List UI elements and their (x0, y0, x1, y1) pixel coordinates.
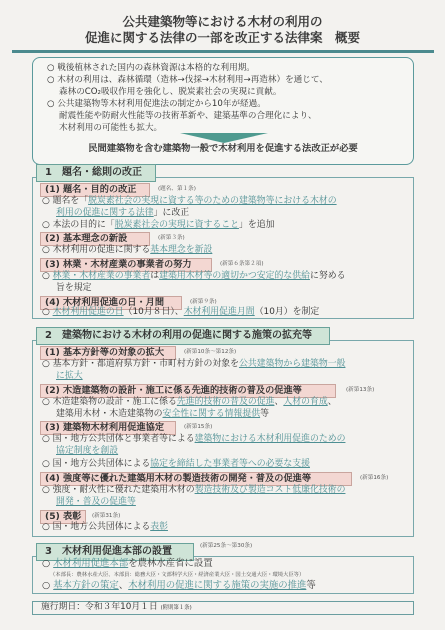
intro-line: 耐震性能や防耐火性能等の技術革新や、建築基準の合理化により、 (59, 110, 317, 122)
article-ref: (新第３条) (158, 232, 185, 244)
bullet-line: ○ 木造建築物の設計・施工に係る先進的技術の普及の促進、人材の育成、 (42, 396, 337, 408)
bullet-line: ○ 木材利用促進の日（10月８日）、木材利用促進月間（10月）を制定 (42, 306, 319, 318)
down-arrow-icon (180, 133, 268, 143)
title-line-1: 公共建築物等における木材の利用の (0, 14, 445, 30)
bullet-line: 開発・普及の促進等 (56, 496, 136, 508)
bullet-line: ○ 国・地方公共団体と事業者等による建築物における木材利用促進のための (42, 433, 345, 445)
article-ref: (新第13条) (346, 384, 374, 396)
bullet-line: ○ 木材利用促進本部を農林水産省に設置 (42, 558, 213, 570)
effective-date: 施行期日：令和３年10月１日 (41, 602, 158, 612)
bullet-line: ○ 題名を「脱炭素社会の実現に資する等のための建築物等における木材の (42, 195, 337, 207)
bullet-line: 利用の促進に関する法律」に改正 (56, 207, 189, 219)
bullet-line: 協定制度を創設 (56, 445, 118, 457)
intro-line: 森林のCO₂吸収作用を強化し、脱炭素社会の実現に貢献。 (59, 86, 281, 98)
bullet-line: ○ 国・地方公共団体による協定を締結した事業者等への必要な支援 (42, 458, 310, 470)
bullet-line: ○ 国・地方公共団体による表彰 (42, 521, 168, 533)
bullet-line: ○ 木材利用の促進に関する基本理念を新設 (42, 244, 212, 256)
page-title: 公共建築物等における木材の利用の 促進に関する法律の一部を改正する法律案 概要 (0, 14, 445, 46)
bullet-line: ○ 基本方針の策定、木材利用の促進に関する施策の実施の推進等 (42, 580, 316, 592)
article-ref: (新第16条) (360, 472, 388, 484)
conclusion-text: 民間建築物を含む建築物一般で木材利用を促進する法改正が必要 (32, 143, 414, 155)
effective-date-box: 施行期日：令和３年10月１日 (附則第１条) (32, 601, 414, 615)
article-ref: (新第15条) (184, 421, 212, 433)
bullet-line: 建築用木材・木造建築物の安全性に関する情報提供等 (56, 408, 269, 420)
title-line-2: 促進に関する法律の一部を改正する法律案 概要 (0, 30, 445, 46)
intro-line: 木材利用の可能性も拡大。 (59, 122, 162, 134)
bullet-line: ○ 強度・耐火性に優れた建築用木材の製造技術及び製造コスト低廉化技術の (42, 484, 345, 496)
intro-line: ○ 木材の利用は、森林循環（造林→伐採→木材利用→再造林）を通じて、 (47, 74, 328, 86)
article-ref: (新第６条第２項) (220, 258, 264, 270)
bullet-line: 旨を規定 (56, 282, 92, 294)
article-ref: (題名、第１条) (158, 183, 196, 195)
article-ref: (附則第１条) (161, 605, 192, 611)
bullet-line: ○ 林業・木材産業の事業者は建築用木材等の適切かつ安定的な供給に努める (42, 270, 345, 282)
article-ref: (新第10条～第12条) (184, 346, 236, 358)
title-divider (12, 50, 434, 53)
bullet-line: に拡大 (56, 370, 83, 382)
article-ref: (新第25条～第30条) (200, 540, 252, 552)
document-page: 公共建築物等における木材の利用の 促進に関する法律の一部を改正する法律案 概要 … (0, 0, 445, 630)
note-text: （本部長：農林水産大臣、本部員：総務大臣・文部科学大臣・経済産業大臣・国土交通大… (50, 571, 304, 580)
bullet-line: ○ 基本方針・都道府県方針・市町村方針の対象を公共建築物から建築物一般 (42, 358, 345, 370)
bullet-line: ○ 本法の目的に「脱炭素社会の実現に資すること」を追加 (42, 219, 274, 231)
section-1-tab: 1 題名・総則の改正 (36, 164, 156, 182)
intro-line: ○ 戦後植林された国内の森林資源は本格的な利用期。 (47, 62, 255, 74)
intro-line: ○ 公共建築物等木材利用促進法の制定から10年が経過。 (47, 98, 266, 110)
section-2-tab: 2 建築物における木材の利用の促進に関する施策の拡充等 (36, 327, 330, 345)
